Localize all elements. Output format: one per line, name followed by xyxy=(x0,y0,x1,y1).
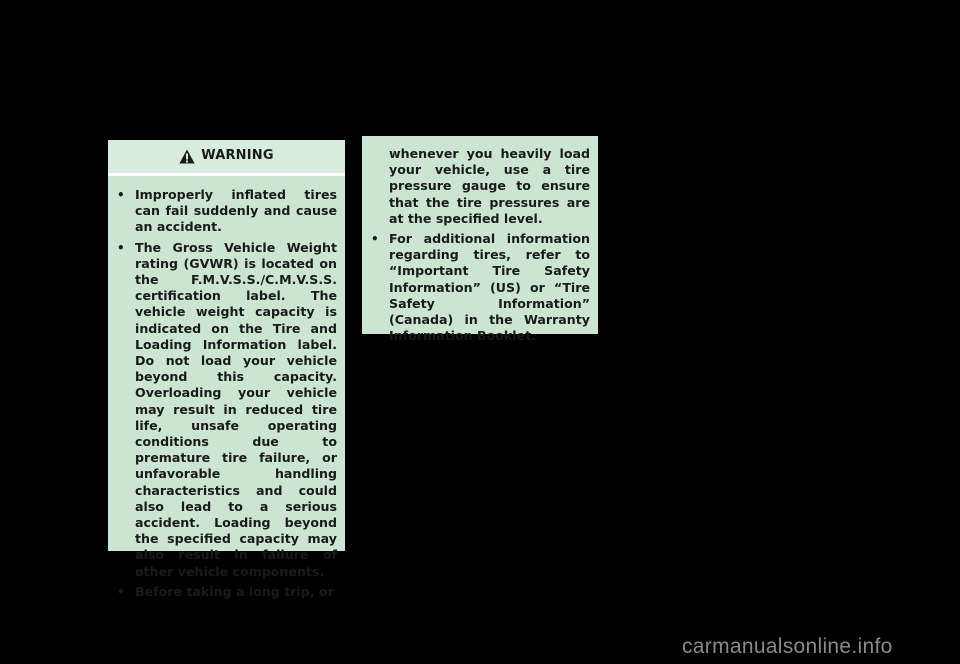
warning-list: • For additional information regarding t… xyxy=(362,231,598,344)
warning-item: • Improperly inflated tires can fail sud… xyxy=(108,187,345,236)
watermark: carmanualsonline.info xyxy=(682,635,893,659)
warning-item: • Before taking a long trip, or xyxy=(108,584,345,600)
bullet-icon: • xyxy=(117,240,125,256)
warning-item-text: Improperly inflated tires can fail sudde… xyxy=(135,187,337,234)
warning-list: • Improperly inflated tires can fail sud… xyxy=(108,176,345,600)
continuation-text: whenever you heavily load your vehicle, … xyxy=(362,136,598,227)
warning-box-continued: whenever you heavily load your vehicle, … xyxy=(362,136,598,334)
warning-box: WARNING • Improperly inflated tires can … xyxy=(108,140,345,551)
warning-triangle-icon xyxy=(179,149,195,164)
warning-header: WARNING xyxy=(108,140,345,176)
warning-item-text: Before taking a long trip, or xyxy=(135,584,334,599)
warning-item-text: For additional information regarding tir… xyxy=(389,231,590,343)
bullet-icon: • xyxy=(117,584,125,600)
bullet-icon: • xyxy=(117,187,125,203)
warning-title: WARNING xyxy=(201,148,274,164)
warning-item: • For additional information regarding t… xyxy=(362,231,598,344)
bullet-icon: • xyxy=(371,231,379,247)
warning-item-text: The Gross Vehicle Weight rating (GVWR) i… xyxy=(135,240,337,579)
warning-item: • The Gross Vehicle Weight rating (GVWR)… xyxy=(108,240,345,580)
